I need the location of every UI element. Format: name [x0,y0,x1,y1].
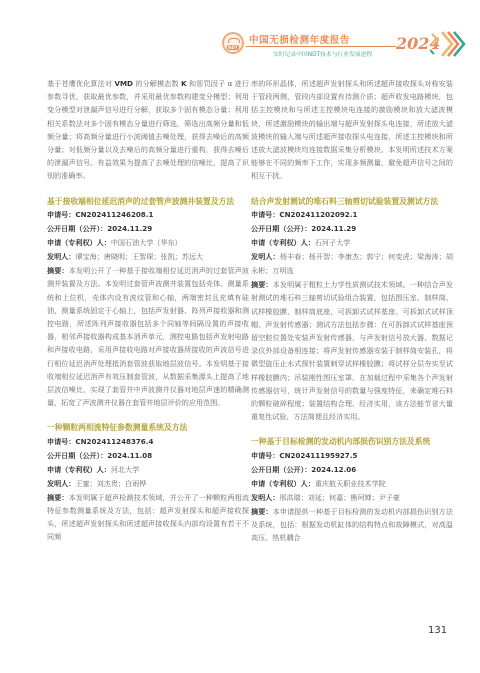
continuation-paragraph: 率的环形晶体，所述超声发射探头和所述超声接收探头对称安装于管段两侧，管段内部设置… [251,77,453,183]
publication-date: 公开日期（公开）：2024.11.29 [47,222,249,236]
page-number: 131 [428,625,447,636]
abstract: 摘要：本发明属于超声检测技术领域，并公开了一种颗粒两相流特征参数测量系统及方法，… [47,491,249,544]
patent-entry: 基于接收端相位延迟消声的过套管声波测井装置及方法 申请号：CN202411246… [47,195,249,410]
application-number: 申请号：CN202411248376.4 [47,435,249,449]
application-number: 申请号：CN202411246208.1 [47,208,249,222]
patent-entry: 结合声发射测试的堆石料三轴剪切试验装置及测试方法 申请号：CN202411202… [251,195,453,424]
intro-paragraph: 基于苍鹰优化算法对 VMD 的分解模态数 K 和惩罚因子 α 进行参数寻优，获取… [47,77,249,183]
applicant: 申请（专利权）人：重庆航天职业技术学院 [251,477,453,491]
publication-date: 公开日期（公开）：2024.11.29 [251,222,453,236]
left-column: 基于苍鹰优化算法对 VMD 的分解模态数 K 和惩罚因子 α 进行参数寻优，获取… [47,77,249,544]
application-number: 申请号：CN202411195927.5 [251,449,453,463]
ndt-logo-icon: NDT [222,32,244,54]
patent-entry: 一种颗粒两相流特征参数测量系统及方法 申请号：CN202411248376.4 … [47,421,249,543]
inventors: 发明人：杨丰春；杨开智；李康杰；郭宁；何变虎；梁海涛；胡永彬；万明选 [251,250,453,278]
chevrons-decoration-icon [430,30,470,58]
patent-title: 基于接收端相位延迟消声的过套管声波测井装置及方法 [47,195,249,209]
patent-entry: 一种基于目标检测的发动机内部损伤识别方法及系统 申请号：CN2024111959… [251,435,453,544]
right-column: 率的环形晶体，所述超声发射探头和所述超声接收探头对称安装于管段两侧，管段内部设置… [251,77,453,544]
publication-date: 公开日期（公开）：2024.11.08 [47,449,249,463]
abstract: 摘要：本发明公开了一种基于接收端相位延迟消声的过套管声波测井装置及方法。本发明过… [47,264,249,409]
inventors: 发明人：谭宝海；唐晓明；王智琛；张凯；苏远大 [47,250,249,264]
patent-title: 一种基于目标检测的发动机内部损伤识别方法及系统 [251,435,453,449]
patent-title: 结合声发射测试的堆石料三轴剪切试验装置及测试方法 [251,195,453,209]
report-header: NDT 中国无损检测年度报告 实时记录中国NDT技术与行业发展进程 2024 [218,28,466,62]
abstract: 摘要：本申请提供一种基于目标检测的发动机内部损伤识别方法及系统，包括：根据发动机… [251,505,453,545]
abstract: 摘要：本发明属于粗粒土力学性质测试技术领域。一种结合声发射测试的堆石料三轴剪切试… [251,278,453,423]
application-number: 申请号：CN202411202092.1 [251,208,453,222]
report-subtitle: 实时记录中国NDT技术与行业发展进程 [273,49,372,58]
patent-title: 一种颗粒两相流特征参数测量系统及方法 [47,421,249,435]
inventors: 发明人：王蜜；刘杰贵；白雨铧 [47,477,249,491]
publication-date: 公开日期（公开）：2024.12.06 [251,463,453,477]
applicant: 申请（专利权）人：石河子大学 [251,236,453,250]
applicant: 申请（专利权）人：中国石油大学（华东） [47,236,249,250]
header-divider [246,46,396,47]
logo-text: NDT [227,45,239,50]
inventors: 发明人：邢洪瑞；刘延；何嘉；熊珂婵；尹子豪 [251,491,453,505]
applicant: 申请（专利权）人：河北大学 [47,463,249,477]
report-title: 中国无损检测年度报告 [249,32,350,46]
